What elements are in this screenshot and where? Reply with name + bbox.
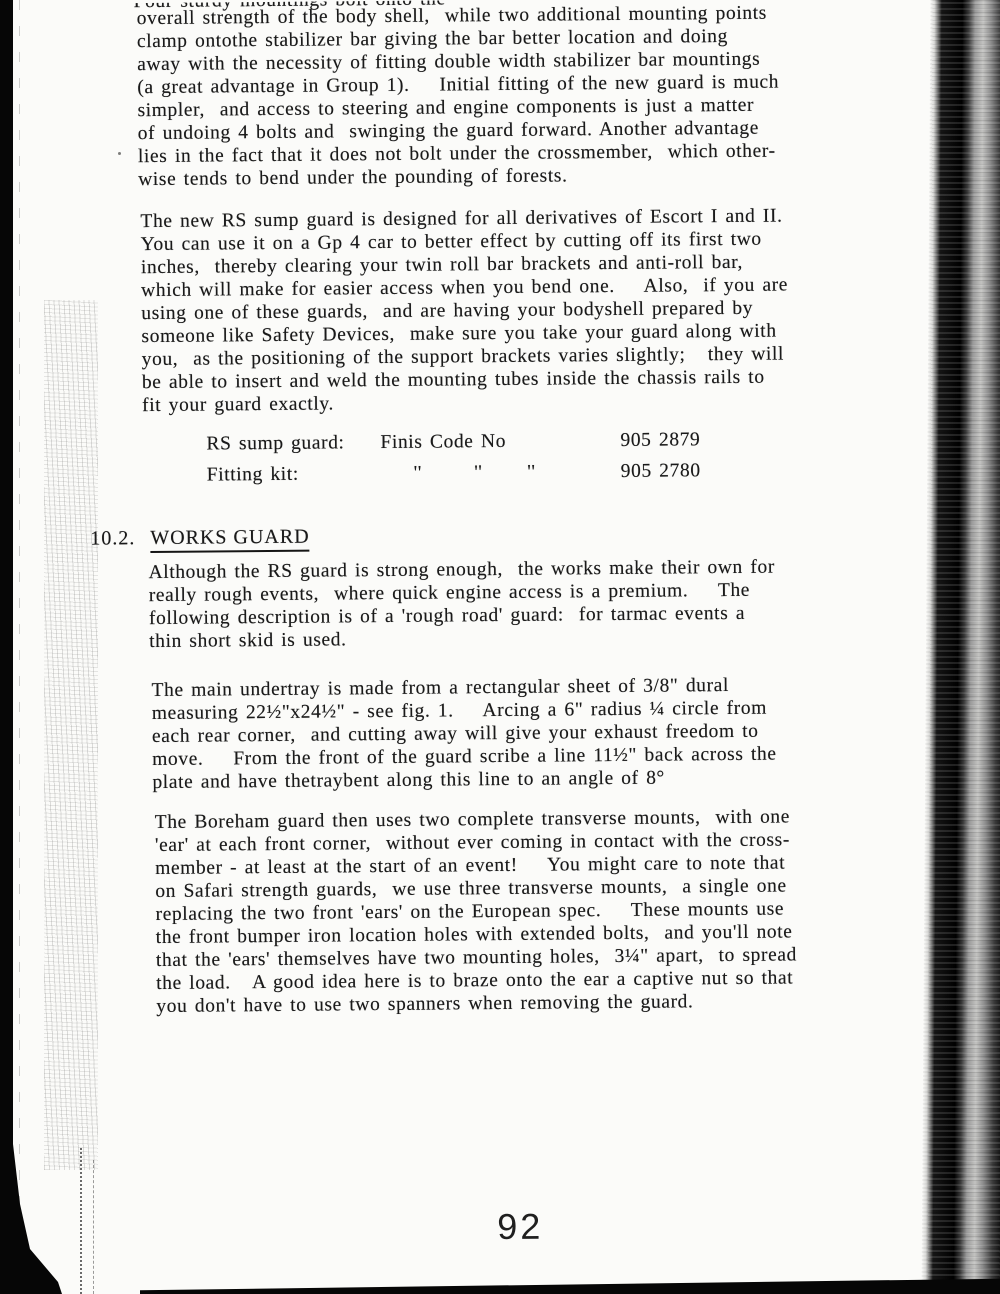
paragraph-3: Although the RS guard is strong enough, … — [148, 556, 775, 653]
section-title: WORKS GUARD — [150, 526, 310, 553]
right-page-edge — [921, 0, 1000, 1294]
scratch-mark — [93, 1160, 94, 1294]
finis-code-label: Finis Code No — [380, 430, 506, 454]
part-number: 905 2780 — [621, 459, 701, 483]
binding-grit-texture — [44, 300, 98, 1170]
page-content: Four sturdy mountings bolt onto the over… — [0, 0, 1000, 1294]
text-line: plate and have thetraybent along this li… — [152, 766, 777, 794]
table-row: Fitting kit: '' '' '' 905 2780 — [207, 459, 767, 495]
parts-table: RS sump guard: Finis Code No 905 2879 Fi… — [206, 428, 767, 495]
page-edge-noise — [921, 0, 1000, 1294]
ditto-marks: '' '' '' — [414, 461, 536, 485]
paragraph-4: The main undertray is made from a rectan… — [152, 674, 777, 794]
part-label: Fitting kit: — [207, 463, 299, 487]
text-line: wise tends to bend under the pounding of… — [138, 163, 780, 192]
part-label: RS sump guard: — [206, 431, 344, 455]
scanned-document-page: Four sturdy mountings bolt onto the over… — [0, 0, 1000, 1294]
text-line: thin short skid is used. — [149, 625, 776, 653]
left-binding-bar — [0, 0, 13, 1294]
scratch-mark — [80, 1148, 82, 1294]
binding-crease-line — [19, 0, 20, 1294]
section-heading: 10.2.WORKS GUARD — [90, 526, 310, 551]
page-number: 92 — [497, 1206, 543, 1248]
ink-speck — [118, 152, 121, 155]
part-number: 905 2879 — [620, 428, 700, 452]
paragraph-1: overall strength of the body shell, whil… — [137, 2, 780, 192]
paragraph-2: The new RS sump guard is designed for al… — [140, 204, 789, 417]
text-line: you don't have to use two spanners when … — [156, 989, 797, 1018]
paragraph-5: The Boreham guard then uses two complete… — [155, 805, 798, 1018]
text-line: fit your guard exactly. — [142, 388, 789, 417]
table-row: RS sump guard: Finis Code No 905 2879 — [206, 428, 766, 464]
